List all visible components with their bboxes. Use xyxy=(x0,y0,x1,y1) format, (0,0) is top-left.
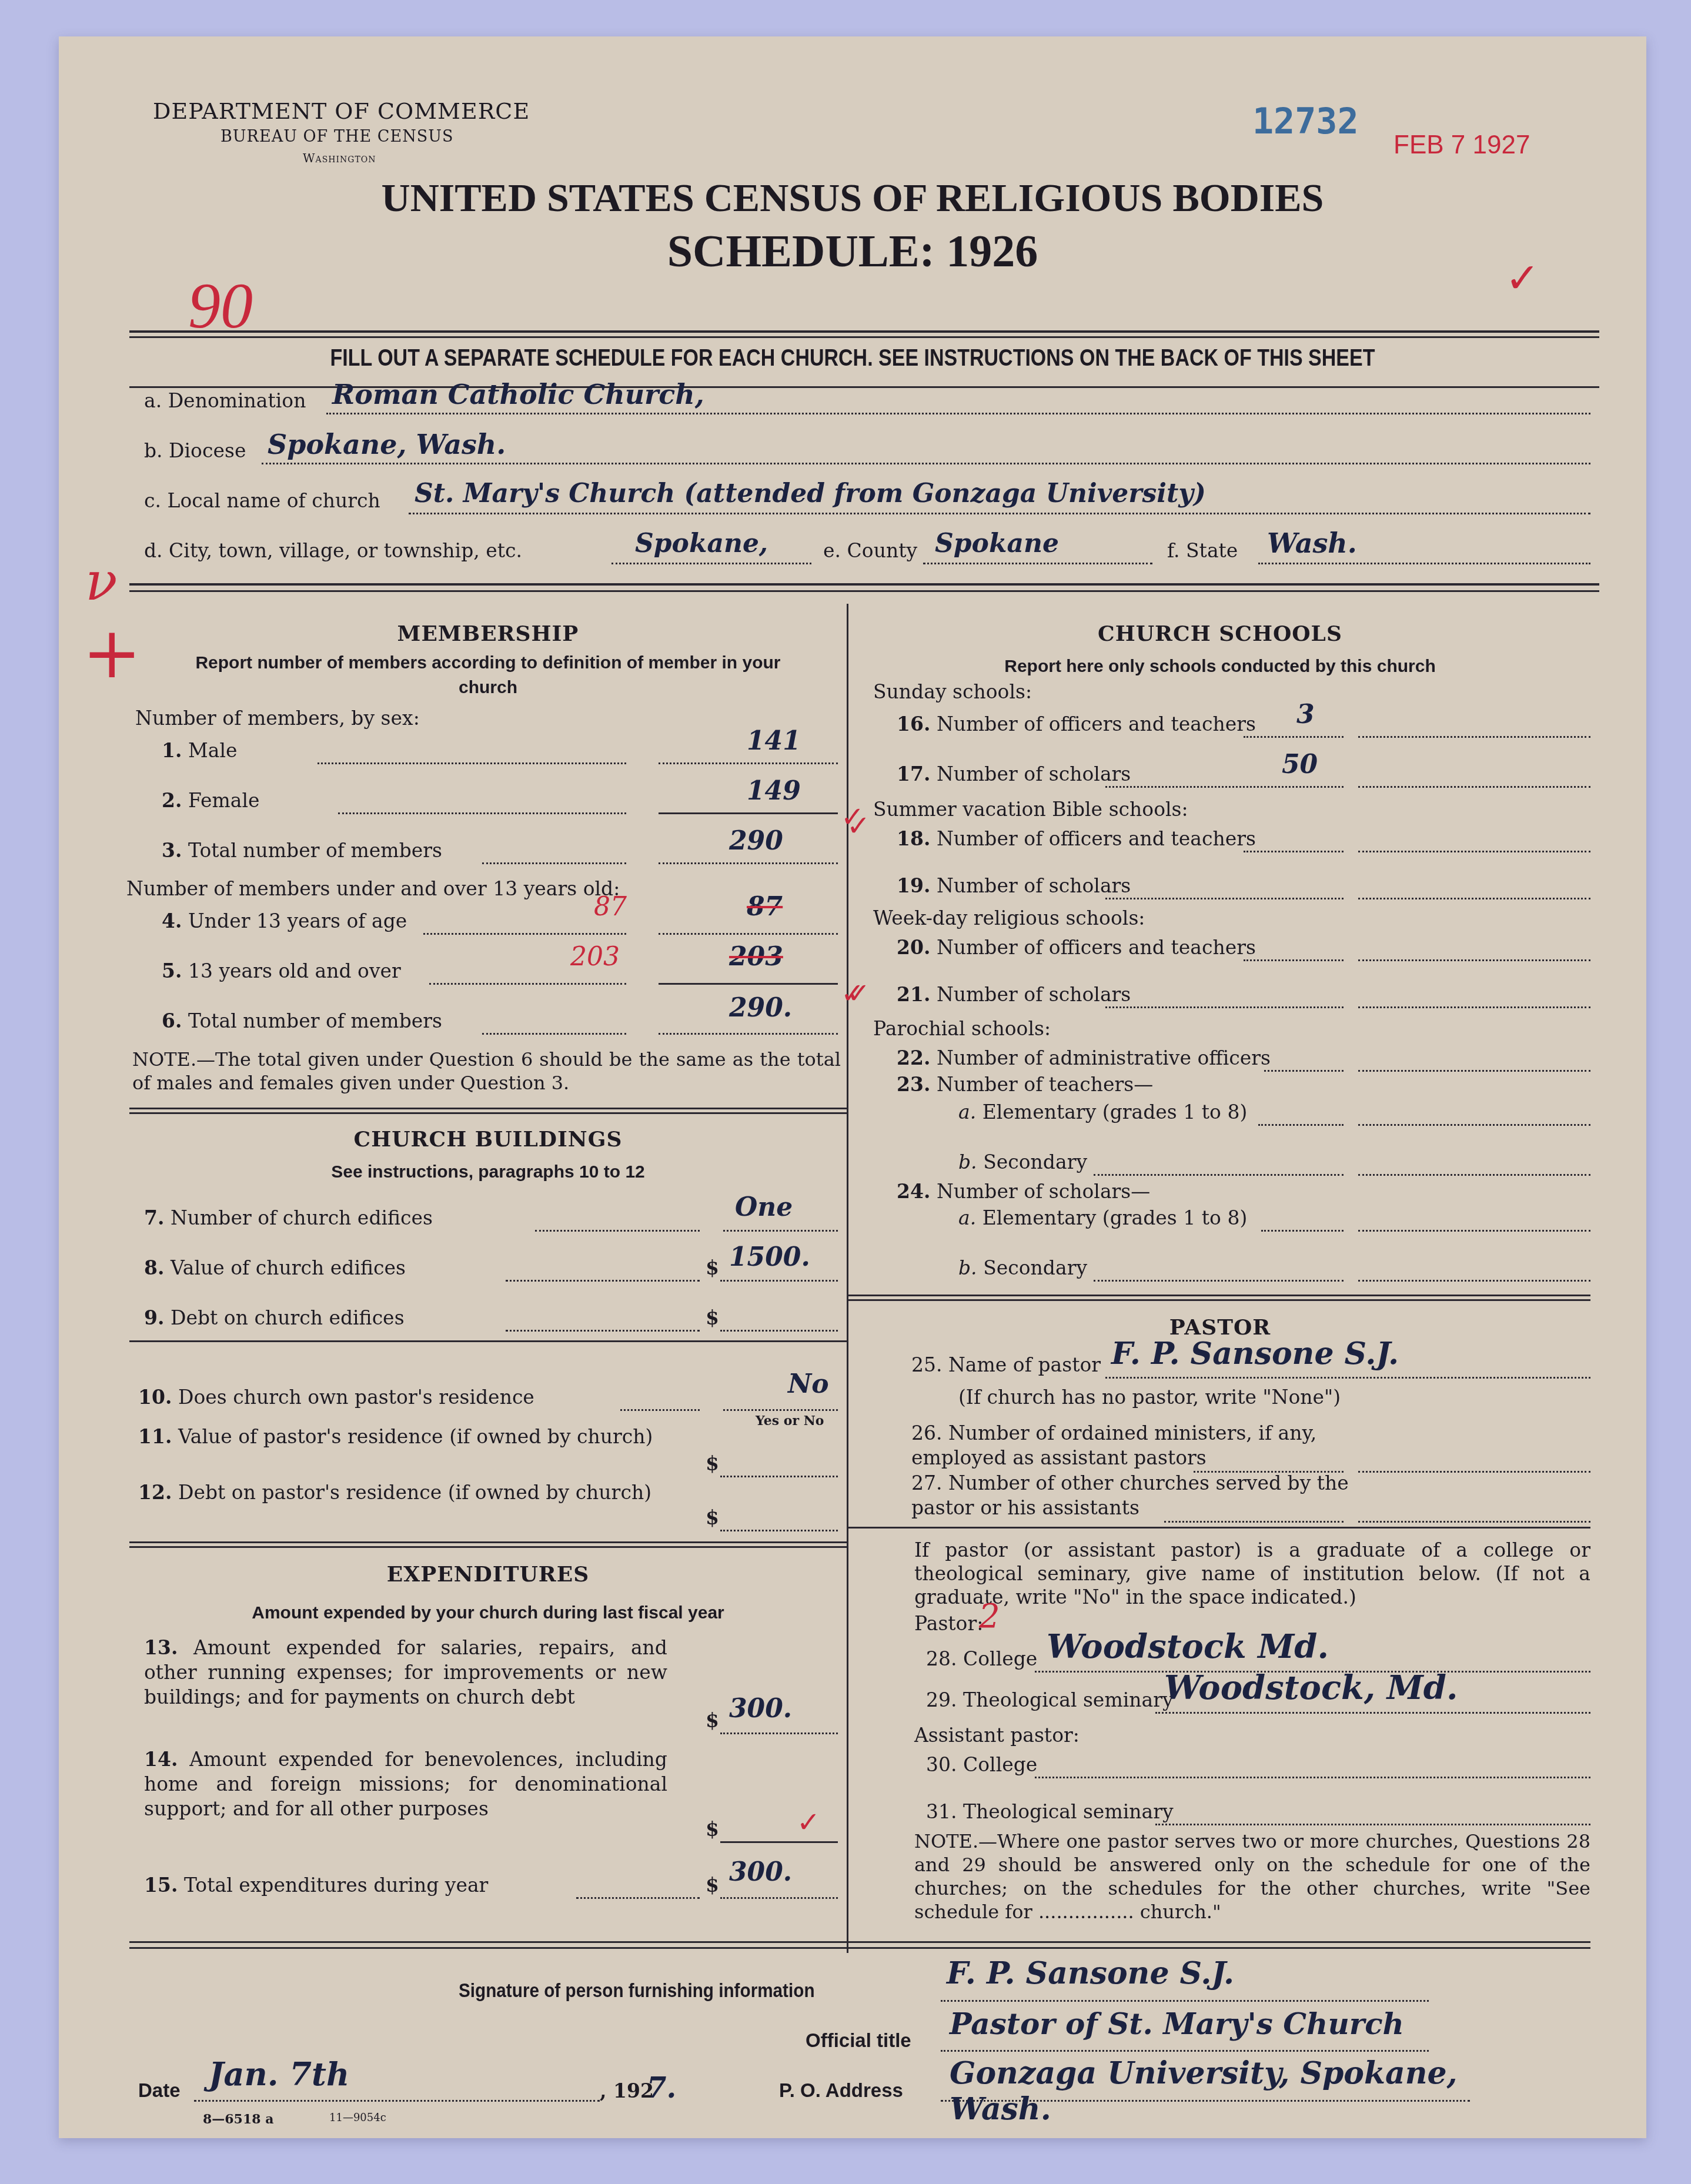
expenditures-q15: 15. Total expenditures during year xyxy=(144,1874,488,1897)
state-field[interactable]: Wash. xyxy=(1258,539,1590,564)
summer-teachers-field[interactable] xyxy=(1244,827,1344,852)
expenditures-q14: 14. Amount expended for benevolences, in… xyxy=(144,1747,667,1821)
edifices-value-field[interactable]: 1500. xyxy=(720,1256,838,1282)
schedule-title: SCHEDULE: 1926 xyxy=(59,225,1646,277)
under13-correction: 87 xyxy=(594,892,627,922)
dollar-sign: $ xyxy=(706,1506,719,1529)
dollar-sign: $ xyxy=(706,1452,719,1475)
pastor-q30-label: 30. College xyxy=(926,1753,1037,1776)
total-expenditures-field[interactable]: 300. xyxy=(720,1874,838,1899)
assistant-seminary-field[interactable] xyxy=(1155,1800,1590,1825)
seminary-field[interactable]: Woodstock, Md. xyxy=(1155,1688,1590,1714)
header-divider xyxy=(129,330,1599,333)
signature-label: Signature of person furnishing informati… xyxy=(459,1979,815,2002)
footer-divider xyxy=(129,1941,1590,1943)
sunday-scholars-value: 50 xyxy=(1282,750,1318,780)
membership-heading: MEMBERSHIP xyxy=(129,621,847,646)
schools-q22: 22. Number of administrative officers xyxy=(897,1046,1271,1069)
summer-scholars-field[interactable] xyxy=(1105,874,1344,899)
pastor-name-field[interactable]: F. P. Sansone S.J. xyxy=(1105,1353,1590,1379)
membership-q5: 5. 13 years old and over xyxy=(162,959,401,982)
yes-no-hint: Yes or No xyxy=(756,1413,824,1429)
diocese-value: Spokane, Wash. xyxy=(268,429,506,460)
owns-residence-value: No xyxy=(788,1369,829,1399)
membership-divider xyxy=(129,1108,847,1109)
male-leader xyxy=(318,739,626,764)
residence-value-field[interactable] xyxy=(720,1452,838,1477)
total-exp-leader xyxy=(576,1874,700,1899)
buildings-q7: 7. Number of church edifices xyxy=(144,1206,433,1229)
elementary-scholars-extra xyxy=(1358,1206,1590,1232)
local-name-field[interactable]: St. Mary's Church (attended from Gonzaga… xyxy=(409,489,1590,514)
diocese-label: b. Diocese xyxy=(144,439,246,462)
weekday-schools-label: Week-day religious schools: xyxy=(873,907,1145,929)
state-label: f. State xyxy=(1167,539,1238,562)
total-members-value: 290 xyxy=(729,826,783,856)
buildings-divider-2 xyxy=(129,1541,847,1543)
parochial-schools-label: Parochial schools: xyxy=(873,1017,1051,1040)
buildings-q9: 9. Debt on church edifices xyxy=(144,1306,405,1329)
check-mark-icon: ✓ xyxy=(847,810,870,842)
check-mark-icon: ✓ xyxy=(1505,254,1540,302)
debt-leader xyxy=(506,1306,700,1332)
buildings-divider xyxy=(129,1340,847,1342)
year-value: 7. xyxy=(647,2072,676,2105)
assistant-college-field[interactable] xyxy=(1035,1753,1590,1778)
denomination-label: a. Denomination xyxy=(144,389,306,412)
assistant-pastor-label: Assistant pastor: xyxy=(914,1724,1080,1747)
po-address-value: Gonzaga University, Spokane, Wash. xyxy=(950,2055,1470,2127)
pastor-subsection-label: Pastor: xyxy=(914,1612,983,1635)
weekday-scholars-extra xyxy=(1358,983,1590,1008)
date-value: Jan. 7th xyxy=(209,2055,349,2093)
total-leader xyxy=(482,839,626,864)
owns-residence-field[interactable]: No xyxy=(723,1386,838,1411)
edifices-count-value: One xyxy=(735,1192,793,1222)
expenditures-q13: 13. Amount expended for salaries, repair… xyxy=(144,1636,667,1710)
membership-q4: 4. Under 13 years of age xyxy=(162,909,407,932)
form-title: UNITED STATES CENSUS OF RELIGIOUS BODIES xyxy=(59,175,1646,221)
membership-note: NOTE.—The total given under Question 6 s… xyxy=(132,1048,841,1095)
members-by-age-label: Number of members under and over 13 year… xyxy=(126,877,620,900)
secondary-scholars-extra xyxy=(1358,1256,1590,1282)
schools-q24: 24. Number of scholars— xyxy=(897,1180,1150,1203)
pastor-name-hint: (If church has no pastor, write "None") xyxy=(958,1386,1341,1409)
schools-q20: 20. Number of officers and teachers xyxy=(897,936,1256,959)
female-value: 149 xyxy=(747,776,801,806)
total-members-field[interactable]: 290 xyxy=(659,839,838,864)
secondary-scholars-field[interactable] xyxy=(1094,1256,1344,1282)
male-field[interactable]: 141 xyxy=(659,739,838,764)
date-field[interactable]: Jan. 7th xyxy=(194,2076,600,2102)
schools-q24b: b. Secondary xyxy=(958,1256,1087,1279)
admin-officers-extra xyxy=(1358,1046,1590,1072)
city-label: d. City, town, village, or township, etc… xyxy=(144,539,522,562)
header-divider-2 xyxy=(129,336,1599,338)
total6-field[interactable]: 290. xyxy=(659,1009,838,1035)
schools-divider xyxy=(847,1295,1590,1296)
value-leader xyxy=(506,1256,700,1282)
po-address-label: P. O. Address xyxy=(779,2079,903,2102)
local-name-label: c. Local name of church xyxy=(144,489,380,512)
weekday-teachers-extra xyxy=(1358,936,1590,961)
buildings-divider-3 xyxy=(129,1546,847,1548)
expenditures-subheading: Amount expended by your church during la… xyxy=(129,1603,847,1623)
county-value: Spokane xyxy=(935,529,1059,558)
under13-field[interactable]: 87 87 xyxy=(659,909,838,935)
edifices-debt-field[interactable] xyxy=(720,1306,838,1332)
membership-q2: 2. Female xyxy=(162,789,260,812)
file-number-stamp: 12732 xyxy=(1252,101,1359,142)
weekday-teachers-field[interactable] xyxy=(1244,936,1344,961)
diocese-field[interactable]: Spokane, Wash. xyxy=(262,439,1590,464)
pastor-q31-label: 31. Theological seminary xyxy=(926,1800,1174,1823)
department-name: DEPARTMENT OF COMMERCE xyxy=(153,98,530,124)
sunday-teachers-extra xyxy=(1358,713,1590,738)
census-schedule-sheet: DEPARTMENT OF COMMERCE BUREAU OF THE CEN… xyxy=(59,36,1646,2138)
schools-q23b: b. Secondary xyxy=(958,1150,1087,1173)
buildings-q8: 8. Value of church edifices xyxy=(144,1256,406,1279)
schools-q18: 18. Number of officers and teachers xyxy=(897,827,1256,850)
membership-q6: 6. Total number of members xyxy=(162,1009,442,1032)
schools-divider-2 xyxy=(847,1299,1590,1301)
year-prefix: , 192 xyxy=(600,2079,654,2102)
membership-q1: 1. Male xyxy=(162,739,238,762)
college-value: Woodstock Md. xyxy=(1047,1627,1329,1666)
church-schools-heading: CHURCH SCHOOLS xyxy=(850,621,1590,646)
church-schools-subheading: Report here only schools conducted by th… xyxy=(850,657,1590,677)
sunday-schools-label: Sunday schools: xyxy=(873,680,1032,703)
po-address-field[interactable]: Gonzaga University, Spokane, Wash. xyxy=(941,2076,1470,2102)
edifices-count-field[interactable]: One xyxy=(723,1206,838,1232)
denomination-field[interactable]: Roman Catholic Church, xyxy=(326,389,1590,414)
pastor-name-value: F. P. Sansone S.J. xyxy=(1111,1336,1399,1372)
secondary-teachers-extra xyxy=(1358,1150,1590,1176)
official-title-value: Pastor of St. Mary's Church xyxy=(950,2006,1404,2041)
membership-q3: 3. Total number of members xyxy=(162,839,442,862)
county-label: e. County xyxy=(823,539,917,562)
schools-q24a: a. Elementary (grades 1 to 8) xyxy=(958,1206,1247,1229)
pastor-q29-label: 29. Theological seminary xyxy=(926,1688,1174,1711)
membership-subheading: Report number of members according to de… xyxy=(176,651,800,700)
schools-q21: 21. Number of scholars xyxy=(897,983,1131,1006)
sunday-scholars-extra xyxy=(1358,762,1590,788)
dollar-sign: $ xyxy=(706,1709,719,1732)
total6-value: 290. xyxy=(729,993,792,1023)
over13-correction: 203 xyxy=(570,942,620,972)
church-buildings-heading: CHURCH BUILDINGS xyxy=(129,1127,847,1152)
dollar-sign: $ xyxy=(706,1256,719,1279)
other-churches-field[interactable] xyxy=(1164,1497,1344,1523)
female-leader xyxy=(338,789,626,814)
summer-schools-label: Summer vacation Bible schools: xyxy=(873,798,1188,821)
elementary-teachers-field[interactable] xyxy=(1258,1101,1344,1126)
summer-scholars-extra xyxy=(1358,874,1590,899)
check-mark-icon: ✓ xyxy=(847,977,870,1010)
assistant-pastors-field[interactable] xyxy=(1194,1447,1344,1473)
info-divider xyxy=(129,583,1599,586)
elementary-scholars-field[interactable] xyxy=(1261,1206,1344,1232)
total-expenditures-value: 300. xyxy=(729,1857,792,1887)
date-label: Date xyxy=(138,2079,181,2102)
print-number: 11—9054c xyxy=(329,2112,386,2124)
sunday-teachers-field[interactable]: 3 xyxy=(1244,713,1344,738)
secondary-teachers-field[interactable] xyxy=(1094,1150,1344,1176)
signature-value: F. P. Sansone S.J. xyxy=(947,1955,1234,1991)
schools-q23a: a. Elementary (grades 1 to 8) xyxy=(958,1101,1247,1123)
form-number: 8—6518 a xyxy=(203,2112,273,2127)
running-expenses-field[interactable]: 300. xyxy=(720,1709,838,1734)
schools-q16: 16. Number of officers and teachers xyxy=(897,713,1256,735)
dollar-sign: $ xyxy=(706,1874,719,1897)
residence-debt-field[interactable] xyxy=(720,1506,838,1531)
female-field[interactable]: 149 xyxy=(659,789,838,814)
pastor-divider xyxy=(847,1527,1590,1529)
footer-divider-2 xyxy=(129,1947,1590,1949)
bureau-city: Washington xyxy=(303,151,376,165)
fill-instructions: FILL OUT A SEPARATE SCHEDULE FOR EACH CH… xyxy=(178,345,1528,372)
check-mark-icon: ✓ xyxy=(797,1806,820,1839)
pastor-q28-label: 28. College xyxy=(926,1647,1037,1670)
over13-value: 203 xyxy=(729,942,783,972)
graduate-instructions: If pastor (or assistant pastor) is a gra… xyxy=(914,1539,1590,1609)
buildings-q10: 10. Does church own pastor's residence xyxy=(138,1386,534,1409)
summer-teachers-extra xyxy=(1358,827,1590,852)
red-mark-2: 2 xyxy=(979,1597,1000,1636)
denomination-value: Roman Catholic Church, xyxy=(332,379,704,410)
buildings-q11: 11. Value of pastor's residence (if owne… xyxy=(138,1424,697,1450)
received-date-stamp: FEB 7 1927 xyxy=(1393,131,1530,160)
dollar-sign: $ xyxy=(706,1818,719,1841)
residence-leader xyxy=(620,1386,700,1411)
sunday-teachers-value: 3 xyxy=(1296,700,1315,730)
info-divider-2 xyxy=(129,590,1599,592)
assistant-pastors-extra xyxy=(1358,1447,1590,1473)
running-expenses-value: 300. xyxy=(729,1694,792,1724)
edifices-value: 1500. xyxy=(729,1242,810,1272)
total6-leader xyxy=(482,1009,626,1035)
official-title-label: Official title xyxy=(806,2029,911,2052)
schools-q17: 17. Number of scholars xyxy=(897,762,1131,785)
members-by-sex-label: Number of members, by sex: xyxy=(135,707,420,730)
county-field[interactable]: Spokane xyxy=(923,539,1152,564)
local-name-value: St. Mary's Church (attended from Gonzaga… xyxy=(415,479,1206,509)
red-margin-mark: ν xyxy=(85,551,118,613)
signature-field[interactable]: F. P. Sansone S.J. xyxy=(941,1976,1429,2002)
dollar-sign: $ xyxy=(706,1306,719,1329)
elementary-teachers-extra xyxy=(1358,1101,1590,1126)
over13-field[interactable]: 203 203 xyxy=(659,959,838,985)
official-title-field[interactable]: Pastor of St. Mary's Church xyxy=(941,2026,1429,2052)
membership-divider-2 xyxy=(129,1112,847,1114)
city-field[interactable]: Spokane, xyxy=(611,539,811,564)
buildings-q12: 12. Debt on pastor's residence (if owned… xyxy=(138,1480,697,1506)
admin-officers-field[interactable] xyxy=(1264,1046,1344,1072)
schools-q19: 19. Number of scholars xyxy=(897,874,1131,897)
under13-value: 87 xyxy=(747,892,783,922)
schools-q23: 23. Number of teachers— xyxy=(897,1073,1153,1096)
sunday-scholars-field[interactable]: 50 xyxy=(1105,762,1344,788)
other-churches-extra xyxy=(1358,1497,1590,1523)
edifices-leader xyxy=(535,1206,700,1232)
pastor-name-label: 25. Name of pastor xyxy=(911,1353,1101,1376)
church-buildings-subheading: See instructions, paragraphs 10 to 12 xyxy=(129,1162,847,1182)
city-value: Spokane, xyxy=(635,529,768,558)
state-value: Wash. xyxy=(1267,527,1357,559)
weekday-scholars-field[interactable] xyxy=(1105,983,1344,1008)
seminary-value: Woodstock, Md. xyxy=(1164,1668,1458,1707)
male-value: 141 xyxy=(747,726,801,756)
pastor-note: NOTE.—Where one pastor serves two or mor… xyxy=(914,1830,1590,1924)
bureau-name: BUREAU OF THE CENSUS xyxy=(220,128,454,146)
expenditures-heading: EXPENDITURES xyxy=(129,1562,847,1587)
